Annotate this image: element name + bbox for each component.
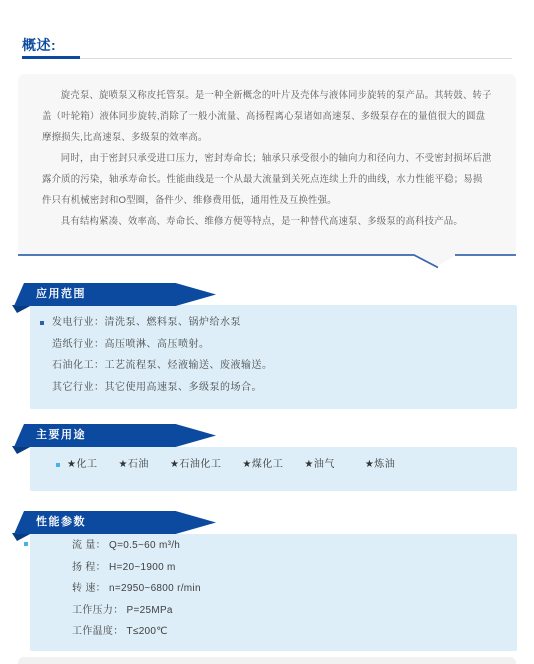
brochure-page: 概述: 旋壳泵、旋喷泵又称皮托管泵。是一种全新概念的叶片及壳体与液体同步旋转的泵… — [0, 0, 534, 664]
star-tag: ★石油 — [118, 454, 148, 476]
overview-paragraph: 同时，由于密封只承受进口压力，密封寿命长；轴承只承受很小的轴向力和径向力、不受密… — [42, 147, 492, 210]
square-bullet-icon — [40, 321, 44, 325]
list-item-text: 石油化工：工艺流程泵、烃液输送、废液输送。 — [52, 360, 273, 371]
list-item: 发电行业：清洗泵、燃料泵、锅炉给水泵 — [30, 312, 517, 334]
parameters-box: 流 量：Q=0.5~60 m³/h 扬 程：H=20~1900 m 转 速：n=… — [30, 534, 517, 651]
param-row: 扬 程：H=20~1900 m — [72, 557, 517, 579]
section-title: 主要用途 — [36, 429, 86, 441]
param-label: 工作温度： — [72, 626, 124, 637]
applications-box: 发电行业：清洗泵、燃料泵、锅炉给水泵 造纸行业：高压喷淋、高压喷射。 石油化工：… — [30, 305, 517, 409]
section-title: 性能参数 — [36, 516, 86, 528]
uses-tag-row: ★化工 ★石油 ★石油化工 ★煤化工 ★油气 ★炼油 — [30, 447, 517, 476]
title-rule-blue — [22, 56, 80, 59]
param-value: T≤200℃ — [127, 626, 168, 637]
star-tag: ★油气 — [304, 454, 334, 476]
section-banner-applications: 应用范围 — [14, 283, 216, 306]
list-item-text: 造纸行业：高压喷淋、高压喷射。 — [52, 339, 210, 350]
square-bullet-icon — [24, 542, 28, 546]
list-item-text: 其它行业：其它使用高速泵、多级泵的场合。 — [52, 382, 262, 393]
overview-paragraph: 旋壳泵、旋喷泵又称皮托管泵。是一种全新概念的叶片及壳体与液体同步旋转的泵产品。其… — [42, 84, 492, 147]
overview-bottom-accent-line — [18, 254, 516, 270]
param-value: Q=0.5~60 m³/h — [109, 540, 180, 551]
list-item: 其它行业：其它使用高速泵、多级泵的场合。 — [30, 377, 517, 399]
param-value: H=20~1900 m — [109, 562, 176, 573]
overview-paragraph: 具有结构紧凑、效率高、寿命长、维修方便等特点，是一种替代高速泵、多级泵的高科技产… — [42, 210, 492, 231]
page-title: 概述: — [22, 35, 56, 55]
list-item: 造纸行业：高压喷淋、高压喷射。 — [30, 334, 517, 356]
star-tag: ★炼油 — [365, 454, 395, 476]
param-row: 流 量：Q=0.5~60 m³/h — [72, 535, 517, 557]
section-title: 应用范围 — [36, 288, 86, 300]
star-tag: ★石油化工 — [170, 454, 221, 476]
square-bullet-icon — [56, 463, 60, 467]
param-row: 工作压力：P=25MPa — [72, 600, 517, 622]
list-item: 石油化工：工艺流程泵、烃液输送、废液输送。 — [30, 355, 517, 377]
param-row: 转 速：n=2950~6800 r/min — [72, 578, 517, 600]
param-value: P=25MPa — [127, 605, 173, 616]
uses-box: ★化工 ★石油 ★石油化工 ★煤化工 ★油气 ★炼油 — [30, 447, 517, 491]
banner-fold-icon — [12, 446, 32, 454]
param-value: n=2950~6800 r/min — [109, 583, 201, 594]
list-item-text: 发电行业：清洗泵、燃料泵、锅炉给水泵 — [52, 317, 241, 328]
param-label: 扬 程： — [72, 562, 106, 573]
banner-fold-icon — [12, 305, 32, 313]
next-section-edge — [18, 657, 516, 664]
section-banner-parameters: 性能参数 — [14, 511, 216, 534]
star-tag: ★化工 — [67, 454, 97, 476]
param-row: 工作温度：T≤200℃ — [72, 621, 517, 643]
section-banner-uses: 主要用途 — [14, 424, 216, 447]
param-label: 转 速： — [72, 583, 106, 594]
param-label: 工作压力： — [72, 605, 124, 616]
overview-box: 旋壳泵、旋喷泵又称皮托管泵。是一种全新概念的叶片及壳体与液体同步旋转的泵产品。其… — [18, 74, 516, 255]
star-tag: ★煤化工 — [242, 454, 283, 476]
param-label: 流 量： — [72, 540, 106, 551]
banner-fold-icon — [12, 533, 32, 541]
title-rule-gray — [22, 58, 512, 59]
